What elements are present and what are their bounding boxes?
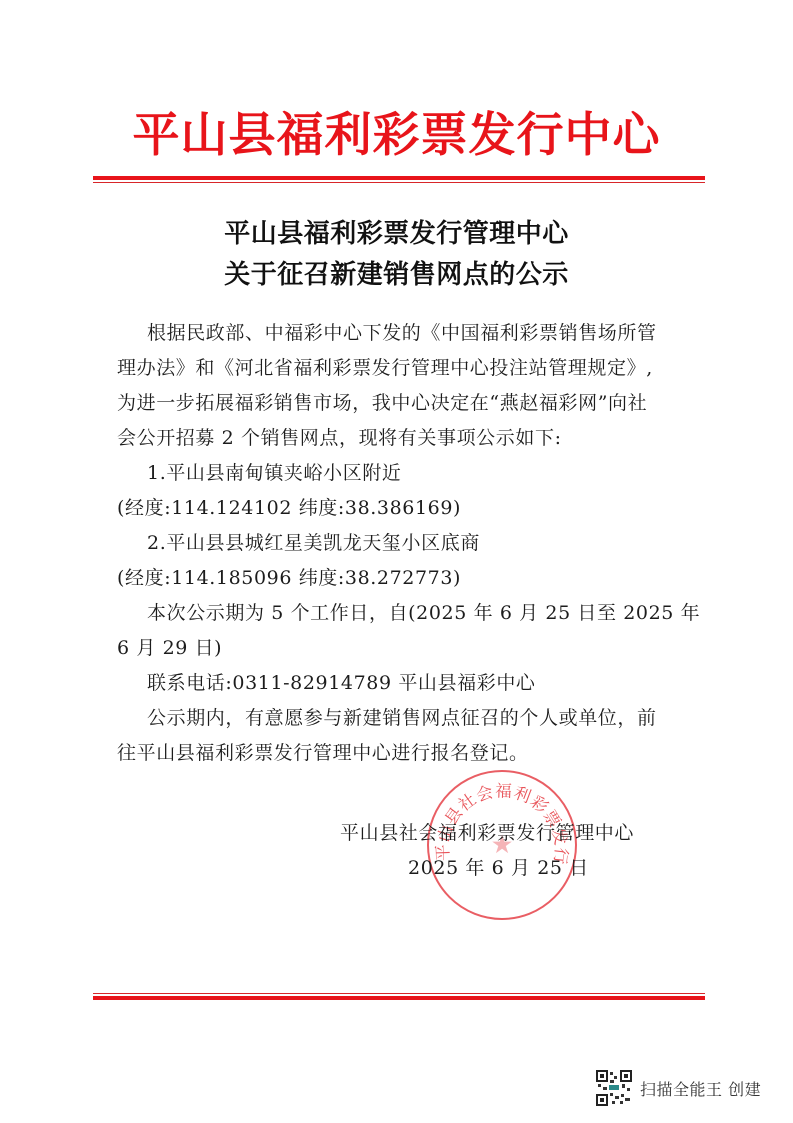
letterhead-divider-thin bbox=[93, 182, 705, 184]
intro-line: 理办法》和《河北省福利彩票发行管理中心投注站管理规定》, bbox=[117, 351, 687, 386]
document-title-line2: 关于征召新建销售网点的公示 bbox=[0, 255, 793, 295]
site-2-label: 2.平山县县城红星美凯龙天玺小区底商 bbox=[117, 526, 687, 561]
scanner-watermark: 扫描全能王 创建 bbox=[596, 1070, 761, 1106]
issuer-name: 平山县社会福利彩票发行管理中心 bbox=[340, 818, 634, 845]
intro-line: 根据民政部、中福彩中心下发的《中国福利彩票销售场所管 bbox=[117, 316, 687, 351]
issue-date: 2025 年 6 月 25 日 bbox=[408, 853, 589, 880]
site-1-label: 1.平山县南甸镇夹峪小区附近 bbox=[117, 456, 687, 491]
seal-icon: 平山县社会福利彩票发行管理中心 ★ bbox=[429, 772, 575, 918]
footer-divider-thick bbox=[93, 996, 705, 1000]
period-line: 6 月 29 日) bbox=[117, 631, 687, 666]
intro-line: 为进一步拓展福彩销售市场，我中心决定在“燕赵福彩网”向社 bbox=[117, 386, 687, 421]
site-1-coordinates: (经度:114.124102 纬度:38.386169) bbox=[117, 491, 687, 526]
qr-code-icon bbox=[596, 1070, 632, 1106]
contact-line: 联系电话:0311-82914789 平山县福彩中心 bbox=[117, 666, 687, 701]
official-seal: 平山县社会福利彩票发行管理中心 ★ bbox=[427, 770, 577, 920]
site-2-coordinates: (经度:114.185096 纬度:38.272773) bbox=[117, 561, 687, 596]
closing-line: 往平山县福利彩票发行管理中心进行报名登记。 bbox=[117, 736, 687, 771]
closing-line: 公示期内，有意愿参与新建销售网点征召的个人或单位，前 bbox=[117, 701, 687, 736]
scanner-credit-text: 扫描全能王 创建 bbox=[640, 1077, 761, 1100]
document-body: 根据民政部、中福彩中心下发的《中国福利彩票销售场所管 理办法》和《河北省福利彩票… bbox=[117, 316, 687, 771]
letterhead-org-name: 平山县福利彩票发行中心 bbox=[0, 108, 793, 164]
letterhead-divider-thick bbox=[93, 176, 705, 180]
footer-divider-thin bbox=[93, 993, 705, 995]
intro-line: 会公开招募 2 个销售网点，现将有关事项公示如下: bbox=[117, 421, 687, 456]
document-title-line1: 平山县福利彩票发行管理中心 bbox=[0, 214, 793, 254]
period-line: 本次公示期为 5 个工作日，自(2025 年 6 月 25 日至 2025 年 bbox=[117, 596, 687, 631]
